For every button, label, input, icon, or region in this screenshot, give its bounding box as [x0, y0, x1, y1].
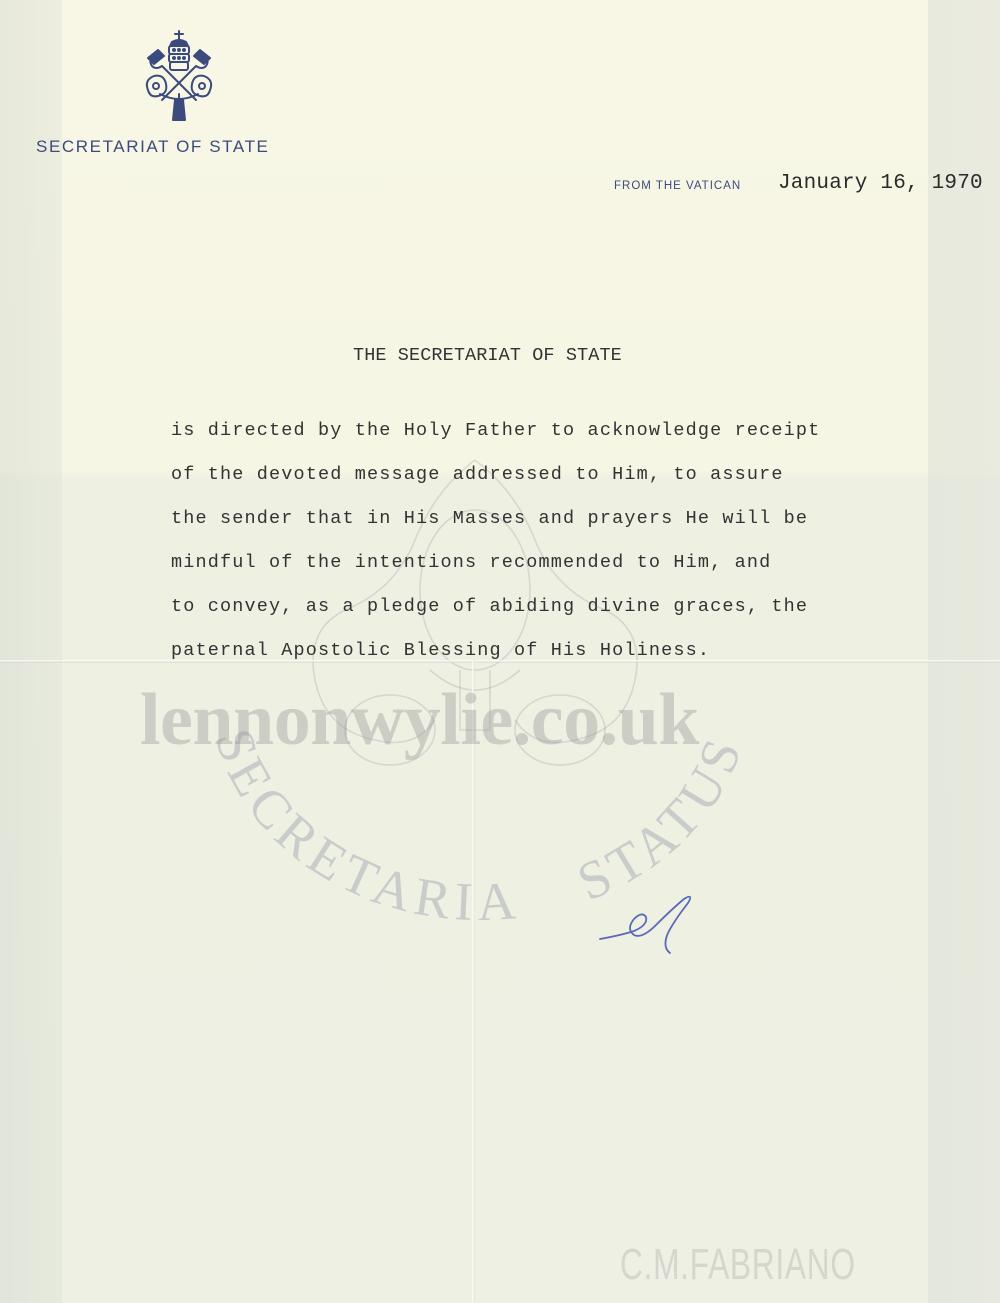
paper-maker-watermark: C.M.FABRIANO — [620, 1240, 856, 1290]
letterhead-title: SECRETARIAT OF STATE — [36, 137, 270, 157]
body-line: to convey, as a pledge of abiding divine… — [171, 585, 820, 629]
body-line: is directed by the Holy Father to acknow… — [171, 409, 820, 453]
paper-left-shade — [0, 0, 62, 1303]
body-line: the sender that in His Masses and prayer… — [171, 497, 820, 541]
body-line: paternal Apostolic Blessing of His Holin… — [171, 629, 820, 673]
letter-date: January 16, 1970 — [778, 172, 983, 195]
from-the-vatican-label: FROM THE VATICAN — [614, 180, 741, 192]
letter-heading: THE SECRETARIAT OF STATE — [353, 345, 622, 366]
body-line: mindful of the intentions recommended to… — [171, 541, 820, 585]
paper-right-shade — [928, 0, 1000, 1303]
letter-body: is directed by the Holy Father to acknow… — [171, 409, 820, 673]
signature-initials-icon — [596, 895, 726, 957]
papal-keys-crest-icon — [142, 30, 216, 122]
website-watermark: lennonwylie.co.uk — [140, 678, 699, 763]
body-line: of the devoted message addressed to Him,… — [171, 453, 820, 497]
